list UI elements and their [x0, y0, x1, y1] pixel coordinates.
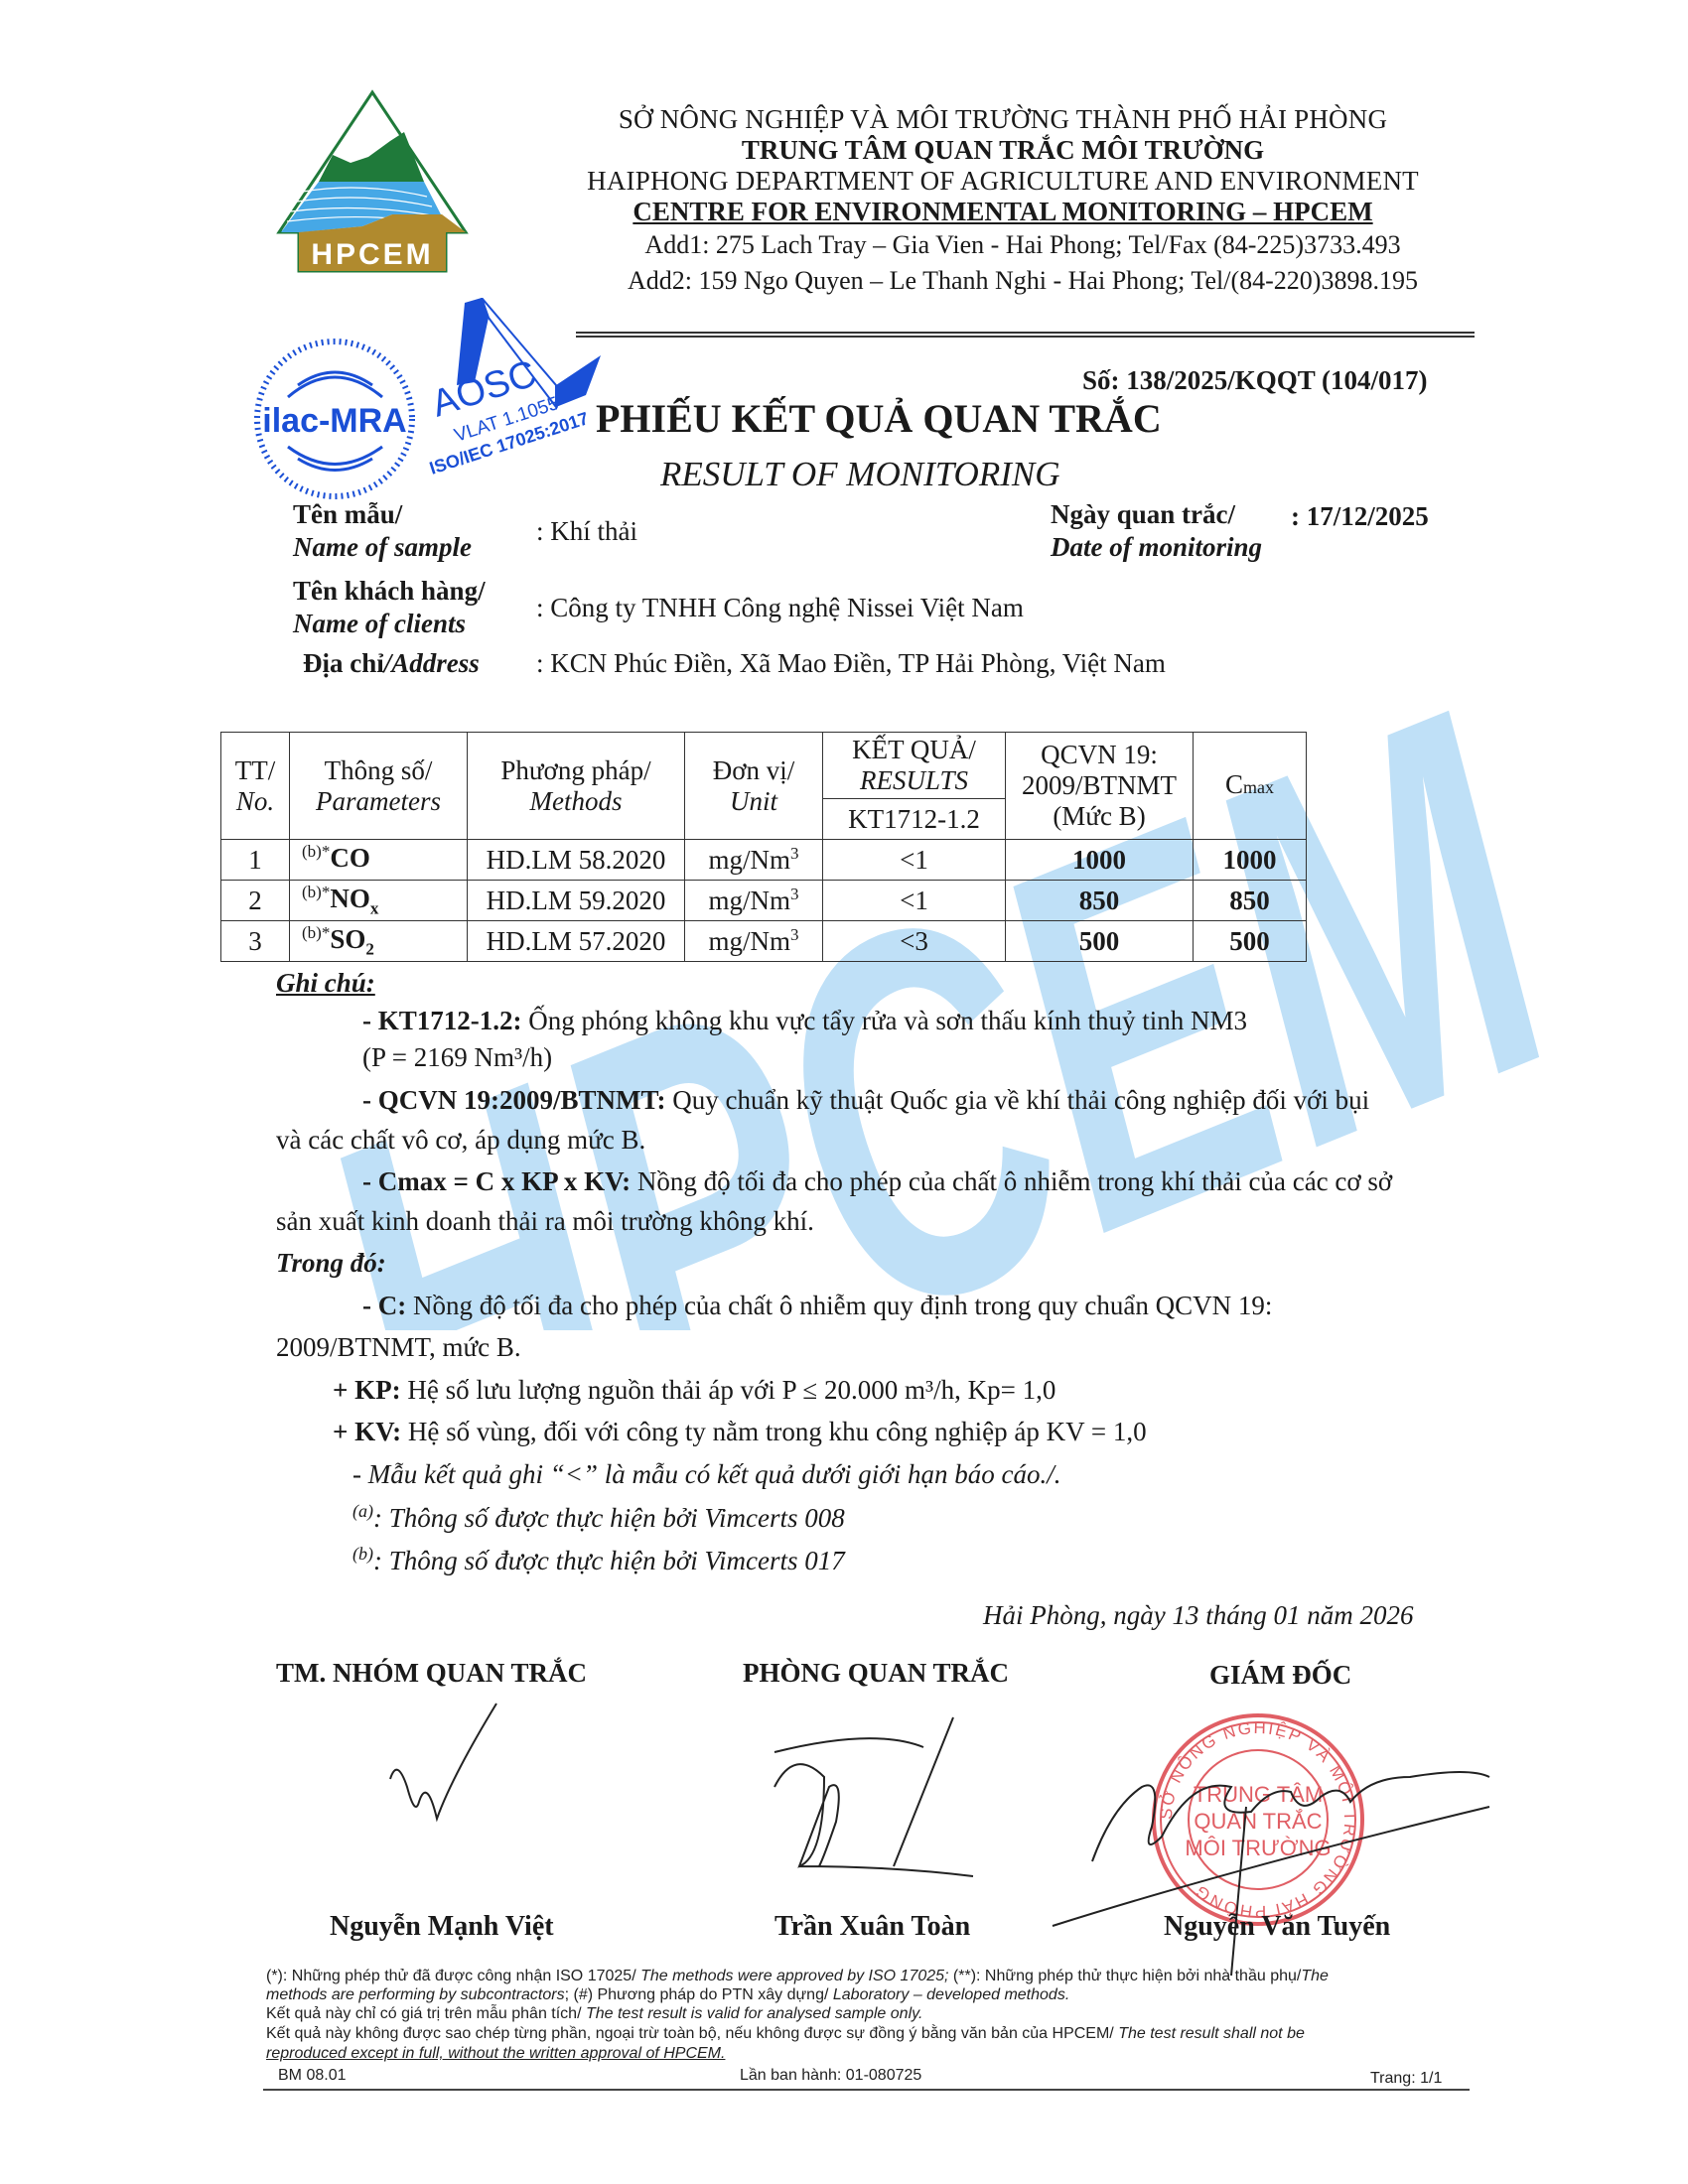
signature-2 — [774, 1717, 973, 1876]
signatory-2-name: Trần Xuân Toàn — [774, 1911, 970, 1943]
signatory-3-name: Nguyễn Văn Tuyến — [1164, 1911, 1390, 1943]
footer-line-2: methods are performing by subcontractors… — [266, 1986, 1069, 2004]
footer-line-1: (*): Những phép thử đã được công nhận IS… — [266, 1968, 1329, 1985]
red-stamp: SỞ NÔNG NGHIỆP VÀ MÔI TRƯỜNG HẢI PHÒNG T… — [1154, 1715, 1362, 1924]
signatory-1-name: Nguyễn Mạnh Việt — [330, 1911, 554, 1943]
footer-line-3: Kết quả này chỉ có giá trị trên mẫu phân… — [266, 2005, 922, 2023]
issue-number: Lần ban hành: 01-080725 — [740, 2067, 921, 2085]
footer-divider — [263, 2089, 1470, 2091]
footer-line-4: Kết quả này không được sao chép từng phầ… — [266, 2025, 1305, 2043]
page-number: Trang: 1/1 — [1370, 2070, 1442, 2088]
form-code: BM 08.01 — [278, 2067, 346, 2085]
signature-1 — [390, 1704, 496, 1819]
footer-line-5: reproduced except in full, without the w… — [266, 2045, 725, 2063]
svg-text:MÔI TRƯỜNG: MÔI TRƯỜNG — [1185, 1836, 1331, 1860]
signatures-and-stamp: SỞ NÔNG NGHIỆP VÀ MÔI TRƯỜNG HẢI PHÒNG T… — [0, 0, 1688, 2184]
svg-text:QUAN TRẮC: QUAN TRẮC — [1194, 1809, 1322, 1834]
